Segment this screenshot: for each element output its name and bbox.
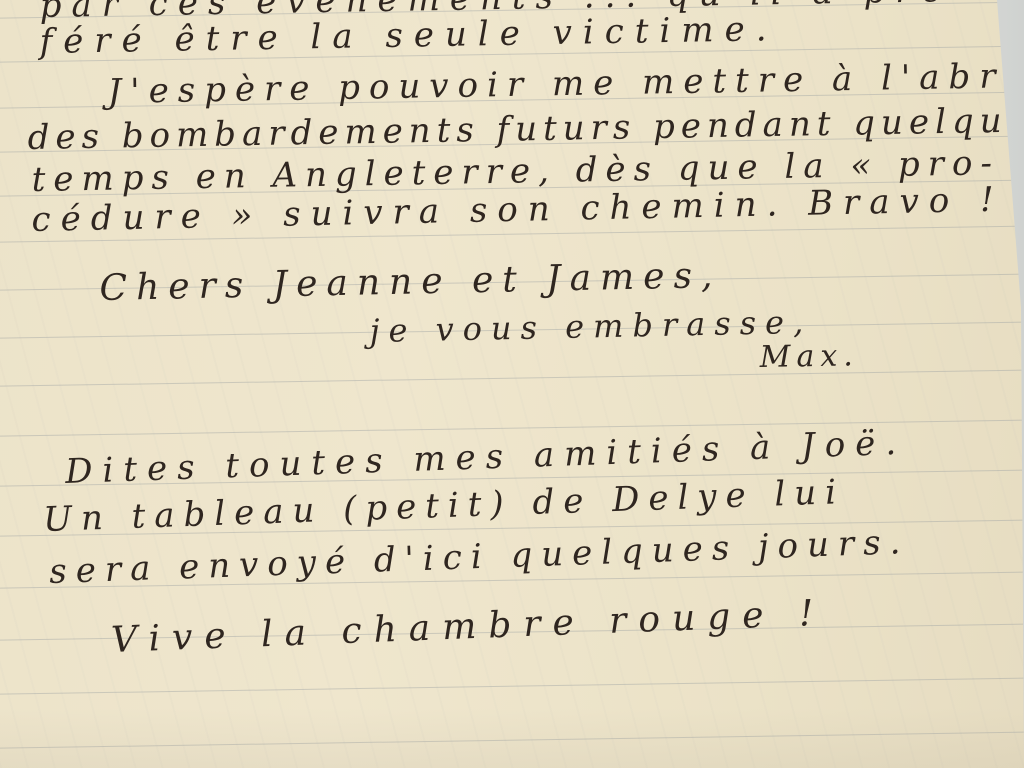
- salutation: Chers Jeanne et James,: [99, 255, 722, 309]
- letter-photo: par ces événements ... qu'il a pré- féré…: [0, 0, 1024, 768]
- rule-line: [0, 369, 1024, 387]
- rule-line: [0, 677, 1024, 695]
- postscript-line: Vive la chambre rouge !: [110, 593, 826, 661]
- signature: Max.: [759, 338, 859, 375]
- closing: je vous embrasse,: [369, 303, 812, 350]
- bottom-shading: [0, 708, 1024, 768]
